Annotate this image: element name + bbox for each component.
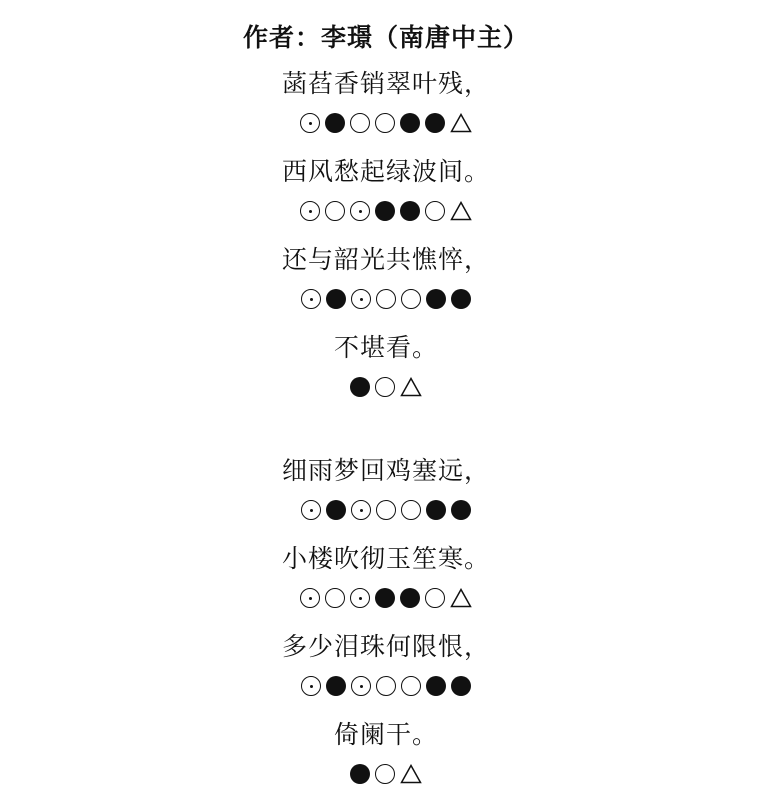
- level-tone-circle-icon: [350, 113, 370, 133]
- either-tone-circle-icon: [301, 500, 321, 520]
- oblique-tone-dot-icon: [426, 676, 446, 696]
- rhyme-triangle-icon: [400, 764, 422, 784]
- level-tone-circle-icon: [401, 676, 421, 696]
- either-tone-circle-icon: [350, 201, 370, 221]
- oblique-tone-dot-icon: [375, 201, 395, 221]
- tone-pattern-1-3: [0, 286, 772, 312]
- oblique-tone-dot-icon: [326, 289, 346, 309]
- oblique-tone-dot-icon: [426, 500, 446, 520]
- either-tone-circle-icon: [351, 676, 371, 696]
- level-tone-circle-icon: [425, 588, 445, 608]
- either-tone-circle-icon: [301, 289, 321, 309]
- verse-line-1-4: 不堪看。: [0, 328, 772, 364]
- rhyme-triangle-icon: [450, 113, 472, 133]
- oblique-tone-dot-icon: [350, 377, 370, 397]
- oblique-tone-dot-icon: [451, 289, 471, 309]
- oblique-tone-dot-icon: [350, 764, 370, 784]
- poem-page: 作者：李璟（南唐中主） 菡萏香销翠叶残， 西风愁起绿波间。 还与韶光共憔悴， 不…: [0, 0, 772, 808]
- verse-line-2-3: 多少泪珠何限恨，: [0, 627, 772, 663]
- oblique-tone-dot-icon: [425, 113, 445, 133]
- tone-pattern-1-1: [0, 110, 772, 136]
- oblique-tone-dot-icon: [326, 676, 346, 696]
- oblique-tone-dot-icon: [400, 588, 420, 608]
- level-tone-circle-icon: [325, 201, 345, 221]
- either-tone-circle-icon: [350, 588, 370, 608]
- oblique-tone-dot-icon: [375, 588, 395, 608]
- level-tone-circle-icon: [425, 201, 445, 221]
- either-tone-circle-icon: [300, 113, 320, 133]
- oblique-tone-dot-icon: [325, 113, 345, 133]
- oblique-tone-dot-icon: [451, 500, 471, 520]
- either-tone-circle-icon: [300, 588, 320, 608]
- tone-pattern-1-2: [0, 198, 772, 224]
- rhyme-triangle-icon: [400, 377, 422, 397]
- oblique-tone-dot-icon: [426, 289, 446, 309]
- oblique-tone-dot-icon: [400, 113, 420, 133]
- level-tone-circle-icon: [376, 500, 396, 520]
- level-tone-circle-icon: [375, 113, 395, 133]
- rhyme-triangle-icon: [450, 201, 472, 221]
- oblique-tone-dot-icon: [451, 676, 471, 696]
- tone-pattern-2-2: [0, 585, 772, 611]
- level-tone-circle-icon: [376, 676, 396, 696]
- level-tone-circle-icon: [375, 764, 395, 784]
- either-tone-circle-icon: [301, 676, 321, 696]
- verse-line-1-3: 还与韶光共憔悴，: [0, 240, 772, 276]
- author-line: 作者：李璟（南唐中主）: [0, 18, 772, 54]
- verse-line-1-2: 西风愁起绿波间。: [0, 152, 772, 188]
- tone-pattern-2-1: [0, 497, 772, 523]
- tone-pattern-1-4: [0, 374, 772, 400]
- either-tone-circle-icon: [351, 500, 371, 520]
- verse-line-1-1: 菡萏香销翠叶残，: [0, 64, 772, 100]
- level-tone-circle-icon: [375, 377, 395, 397]
- either-tone-circle-icon: [300, 201, 320, 221]
- either-tone-circle-icon: [351, 289, 371, 309]
- verse-line-2-1: 细雨梦回鸡塞远，: [0, 451, 772, 487]
- oblique-tone-dot-icon: [326, 500, 346, 520]
- level-tone-circle-icon: [325, 588, 345, 608]
- verse-line-2-4: 倚阑干。: [0, 715, 772, 751]
- oblique-tone-dot-icon: [400, 201, 420, 221]
- level-tone-circle-icon: [401, 500, 421, 520]
- level-tone-circle-icon: [376, 289, 396, 309]
- verse-line-2-2: 小楼吹彻玉笙寒。: [0, 539, 772, 575]
- rhyme-triangle-icon: [450, 588, 472, 608]
- level-tone-circle-icon: [401, 289, 421, 309]
- tone-pattern-2-3: [0, 673, 772, 699]
- tone-pattern-2-4: [0, 761, 772, 787]
